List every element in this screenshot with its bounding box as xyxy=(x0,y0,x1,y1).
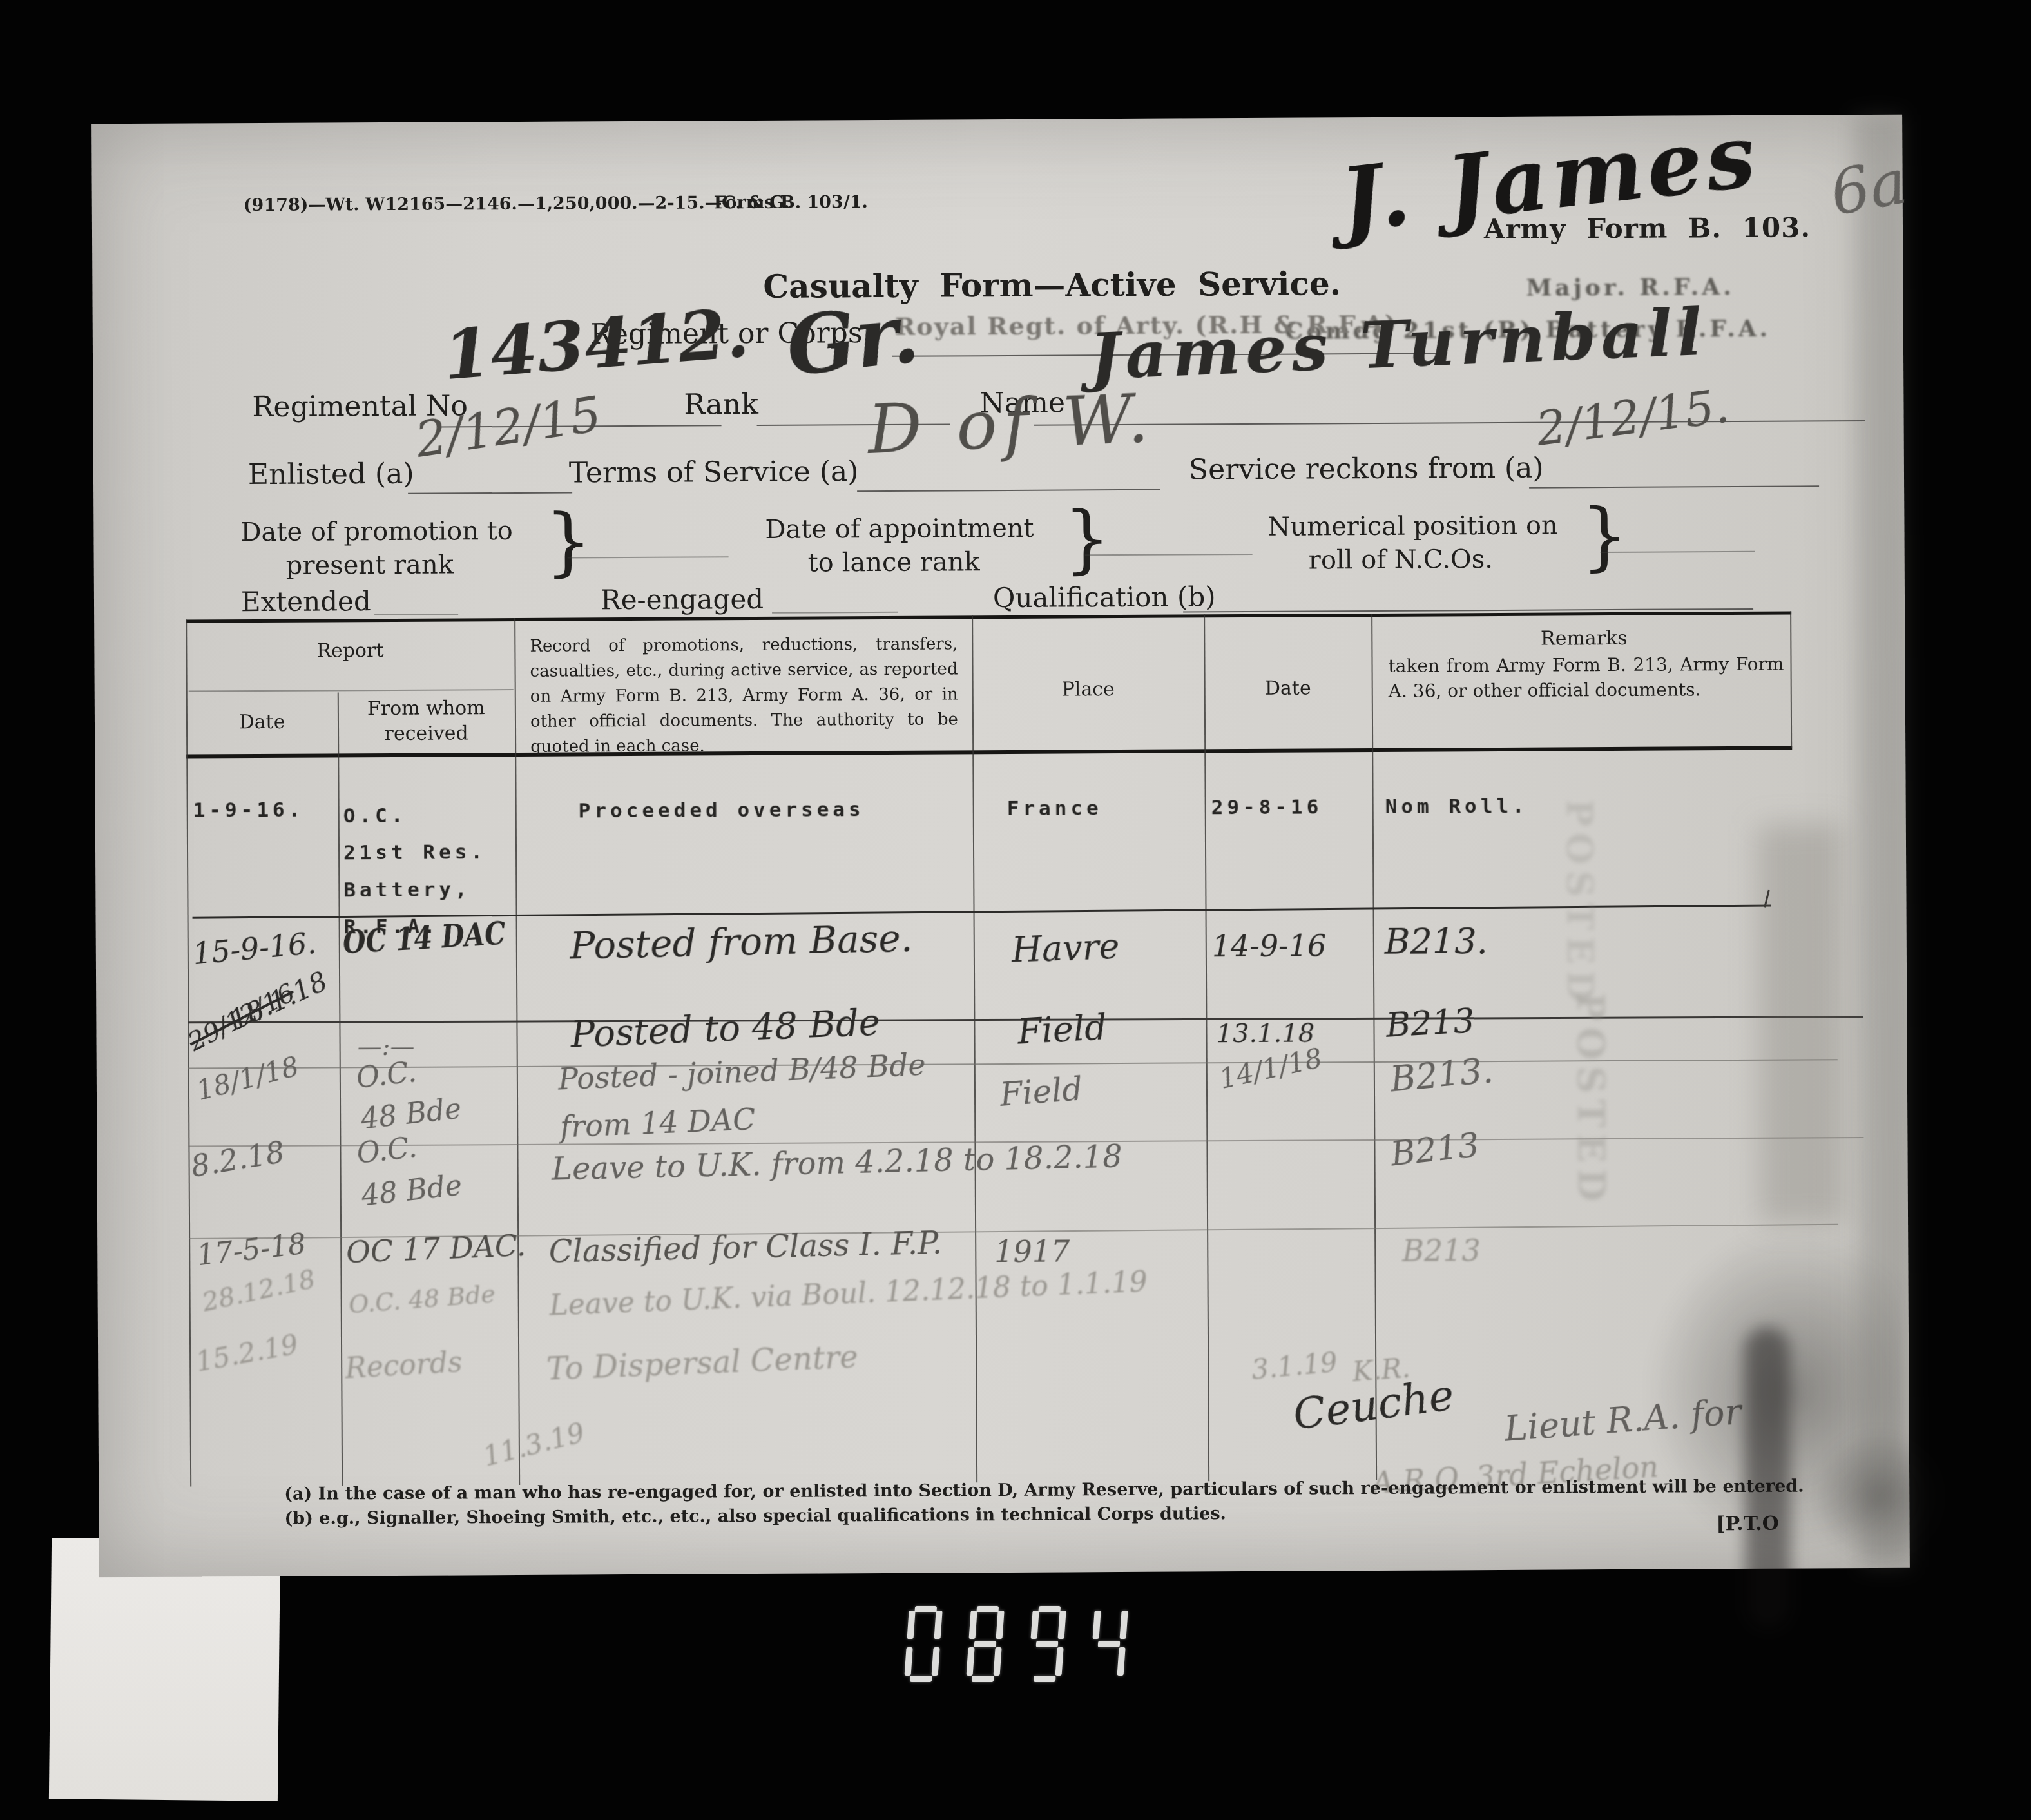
row7-date: 28.12.18 xyxy=(200,1264,318,1318)
service-reckons-value: 2/12/15. xyxy=(1533,378,1732,456)
promotion-label-line1: Date of promotion to xyxy=(240,516,513,547)
ghost-stamp-upper: POSTED xyxy=(1558,799,1602,1009)
counter-digit xyxy=(904,1606,943,1682)
signature-place-column: Ceuche xyxy=(1290,1370,1456,1440)
digit-segment xyxy=(1034,1676,1056,1682)
counter-digit xyxy=(966,1606,1005,1682)
appointment-underline xyxy=(1085,554,1253,556)
name-underline xyxy=(1034,420,1865,426)
row8-date2: 3.1.19 xyxy=(1250,1346,1339,1386)
reengaged-label: Re-engaged xyxy=(601,583,764,615)
table-vline-place xyxy=(972,615,977,1482)
row2-remarks: B213. xyxy=(1385,921,1488,962)
row2-record: Posted from Base. xyxy=(570,916,913,967)
digit-segment xyxy=(905,1647,913,1676)
header-record: Record of promotions, reductions, transf… xyxy=(530,632,958,759)
scanned-document: { "scan": { "film_counter_digits": "0894… xyxy=(0,0,2031,1820)
rank-value: Gr. xyxy=(782,286,923,394)
row6-record: Classified for Class I. F.P. xyxy=(548,1225,942,1270)
row3-place: Field xyxy=(1016,1007,1108,1052)
enlisted-label: Enlisted (a) xyxy=(248,458,414,491)
row3-remarks: B213 xyxy=(1385,1002,1476,1045)
digit-segment xyxy=(994,1647,1002,1676)
table-vline-remarks xyxy=(1371,614,1377,1480)
digit-segment xyxy=(1038,1606,1061,1612)
name-value: James Turnball xyxy=(1088,294,1709,394)
row6-from: OC 17 DAC. xyxy=(345,1228,526,1270)
table-vline-report-split xyxy=(338,692,343,1486)
pto-note: [P.T.O xyxy=(1716,1513,1778,1536)
terms-label: Terms of Service (a) xyxy=(569,455,859,489)
row8-date: 15.2.19 xyxy=(193,1328,300,1378)
header-date: Date xyxy=(1204,677,1372,700)
footnote-a: (a) In the case of a man who has re-enga… xyxy=(284,1476,1831,1504)
table-vline-record xyxy=(514,618,520,1485)
digit-segment xyxy=(1058,1611,1066,1639)
digit-segment xyxy=(1055,1647,1064,1676)
counter-digit xyxy=(1028,1606,1066,1682)
row4-remarks: B213. xyxy=(1389,1050,1495,1100)
digit-segment xyxy=(1036,1641,1059,1647)
row1-date2: 29-8-16 xyxy=(1211,795,1323,819)
digit-segment xyxy=(1117,1647,1126,1676)
report-header-underline xyxy=(189,689,514,692)
digit-segment xyxy=(967,1647,975,1676)
digit-segment xyxy=(1093,1611,1101,1639)
footnote-b: (b) e.g., Signaller, Shoeing Smith, etc.… xyxy=(284,1500,1831,1529)
header-remarks-title: Remarks xyxy=(1378,626,1790,651)
terms-underline xyxy=(857,489,1160,492)
promotion-brace: } xyxy=(544,498,592,585)
digit-segment xyxy=(969,1611,977,1639)
digit-segment xyxy=(907,1611,916,1639)
print-reference: (9178)—Wt. W12165—2146.—1,250,000.—2-15.… xyxy=(244,193,790,215)
digit-segment xyxy=(996,1611,1005,1639)
row5-date: 8.2.18 xyxy=(188,1134,287,1184)
row1-date: 1-9-16. xyxy=(193,799,305,822)
table-vline-right xyxy=(1790,612,1792,748)
terms-value: D of W. xyxy=(866,379,1157,469)
enlisted-underline xyxy=(408,492,572,494)
appointment-brace: } xyxy=(1063,496,1111,582)
row6-place: 1917 xyxy=(994,1234,1070,1269)
smudge-right-edge xyxy=(1854,115,1910,1568)
form-page: (9178)—Wt. W12165—2146.—1,250,000.—2-15.… xyxy=(91,115,1910,1578)
row3-date2: 13.1.18 xyxy=(1216,1018,1314,1049)
digit-segment xyxy=(1120,1611,1128,1639)
numerical-brace: } xyxy=(1581,493,1628,579)
row5-from: O.C. 48 Bde xyxy=(354,1122,464,1217)
digit-segment xyxy=(932,1647,940,1676)
numerical-label-line2: roll of N.C.Os. xyxy=(1309,545,1493,575)
smudge-right-band xyxy=(1758,824,1843,1224)
promotion-label-line2: present rank xyxy=(286,550,454,580)
row2-place: Havre xyxy=(1011,925,1121,971)
header-report-from: From whom received xyxy=(338,695,515,746)
appointment-label-line2: to lance rank xyxy=(808,547,980,577)
table-header-bottom-border xyxy=(186,746,1792,759)
service-reckons-label: Service reckons from (a) xyxy=(1189,452,1544,487)
appointment-label-line1: Date of appointment xyxy=(765,514,1034,545)
row2-date: 15-9-16. xyxy=(191,925,318,972)
digit-segment xyxy=(1098,1641,1121,1647)
table-vline-date xyxy=(1204,614,1209,1481)
row8-from: Records xyxy=(344,1346,463,1385)
digit-segment xyxy=(934,1611,943,1639)
row6-date: 17-5-18 xyxy=(195,1228,307,1272)
regimental-no-value: 143412. xyxy=(441,293,752,395)
digit-segment xyxy=(974,1641,997,1647)
numerical-label-line1: Numerical position on xyxy=(1267,510,1558,541)
paper-slip-bottom-left xyxy=(49,1538,280,1801)
extended-label: Extended xyxy=(241,585,371,617)
digit-segment xyxy=(910,1676,932,1682)
row4-date: 18/1/18 xyxy=(193,1050,302,1107)
header-report: Report xyxy=(186,639,514,663)
digit-segment xyxy=(914,1606,937,1612)
digit-segment xyxy=(972,1676,994,1682)
row7-from: O.C. 48 Bde xyxy=(348,1279,497,1319)
signature-right: Lieut R.A. for xyxy=(1503,1391,1743,1449)
counter-digit xyxy=(1090,1606,1128,1682)
qualification-label: Qualification (b) xyxy=(993,581,1216,614)
table-vline-left xyxy=(186,620,191,1487)
extended-underline xyxy=(374,614,458,615)
pencil-note-6a: 6a xyxy=(1825,146,1912,229)
table-top-border xyxy=(186,612,1791,623)
rank-label: Rank xyxy=(684,388,758,421)
header-remarks-body: taken from Army Form B. 213, Army Form A… xyxy=(1388,652,1784,704)
reengaged-underline xyxy=(772,612,898,614)
row4-date2: 14/1/18 xyxy=(1217,1042,1325,1095)
numerical-underline xyxy=(1601,551,1755,553)
header-place: Place xyxy=(972,677,1204,701)
forms-reference: Forms B. 103/1. xyxy=(714,192,868,213)
row1-remarks: Nom Roll. xyxy=(1385,795,1528,818)
row2-date2: 14-9-16 xyxy=(1212,928,1327,963)
row8-record: To Dispersal Centre xyxy=(546,1339,858,1387)
row1-record: Proceeded overseas xyxy=(579,798,865,822)
ghost-stamp-lower: POSTED xyxy=(1568,992,1613,1208)
promotion-underline xyxy=(568,556,729,558)
service-reckons-underline xyxy=(1529,485,1819,488)
digit-segment xyxy=(1031,1611,1039,1639)
smudge-corner xyxy=(1809,1429,1952,1565)
pencil-scribble: 11.3.19 xyxy=(480,1417,588,1473)
row4-record: Posted - joined B/48 Bde from 14 DAC xyxy=(557,1041,929,1151)
header-report-date: Date xyxy=(186,710,338,733)
digit-segment xyxy=(976,1606,999,1612)
film-counter xyxy=(892,1606,1140,1682)
row1-place: France xyxy=(1007,797,1102,820)
row3-date: 18.1.18 xyxy=(225,965,332,1036)
row4-place: Field xyxy=(999,1070,1084,1113)
